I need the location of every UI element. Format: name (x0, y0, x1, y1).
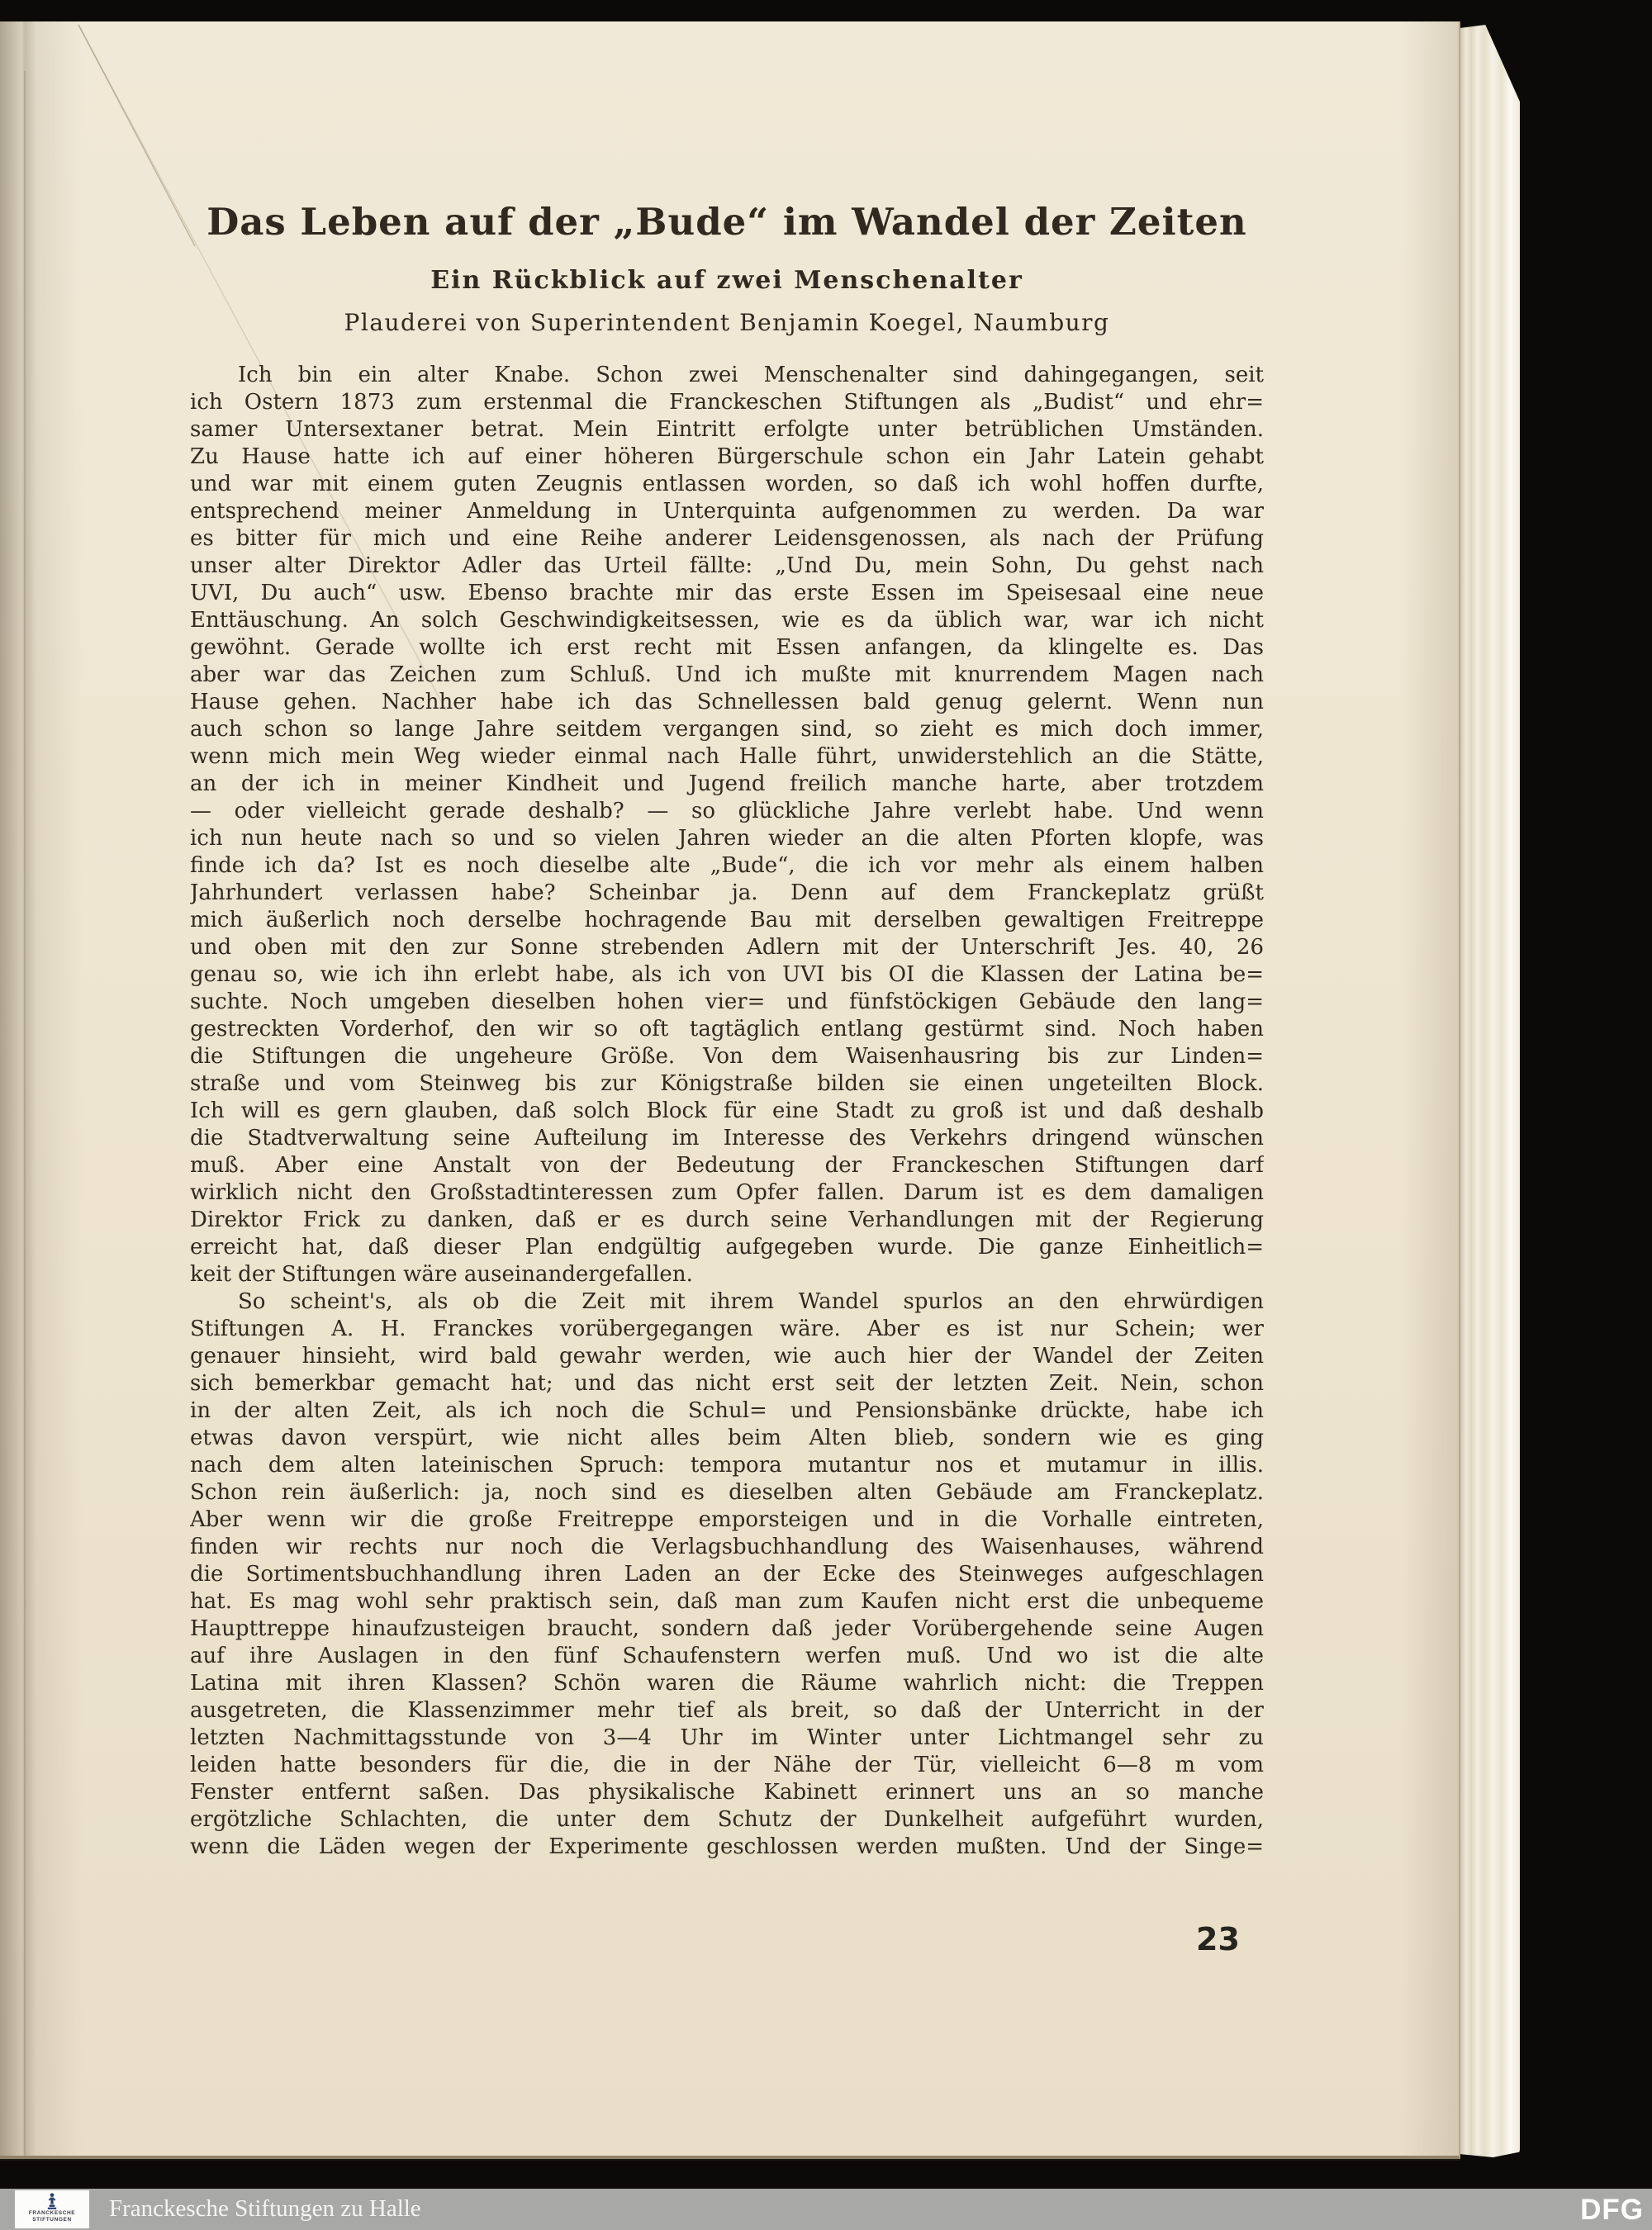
page-number: 23 (1196, 1921, 1262, 1957)
body-line: an der ich in meiner Kindheit und Jugend… (190, 771, 1264, 798)
body-line: Jahrhundert verlassen habe? Scheinbar ja… (190, 880, 1264, 907)
body-line: hat. Es mag wohl sehr praktisch sein, da… (190, 1588, 1264, 1616)
body-line: UVI, Du auch“ usw. Ebenso brachte mir da… (190, 580, 1264, 607)
body-line: leiden hatte besonders für die, die in d… (190, 1752, 1264, 1779)
body-line: und oben mit den zur Sonne strebenden Ad… (190, 934, 1264, 961)
body-line: ausgetreten, die Klassenzimmer mehr tief… (190, 1697, 1264, 1725)
body-line: wenn mich mein Weg wieder einmal nach Ha… (190, 743, 1264, 771)
article-byline: Plauderei von Superintendent Benjamin Ko… (190, 309, 1264, 336)
body-line: Ich bin ein alter Knabe. Schon zwei Mens… (190, 362, 1264, 389)
body-line: wenn die Läden wegen der Experimente ges… (190, 1834, 1264, 1861)
body-line: ich Ostern 1873 zum erstenmal die Franck… (190, 389, 1264, 416)
body-line: etwas davon verspürt, wie nicht alles be… (190, 1425, 1264, 1452)
body-line: Hause gehen. Nachher habe ich das Schnel… (190, 689, 1264, 716)
article-subtitle: Ein Rückblick auf zwei Menschenalter (190, 266, 1264, 295)
body-line: auf ihre Auslagen in den fünf Schaufenst… (190, 1643, 1264, 1670)
body-line: die Stiftungen die ungeheure Größe. Von … (190, 1043, 1264, 1070)
body-line: genau so, wie ich ihn erlebt habe, als i… (190, 961, 1264, 989)
body-line: ergötzliche Schlachten, die unter dem Sc… (190, 1806, 1264, 1834)
franckesche-stiftungen-logo: FRANCKESCHE STIFTUNGEN (15, 2190, 89, 2228)
book-scan: Das Leben auf der „Bude“ im Wandel der Z… (0, 0, 1652, 2230)
body-line: mich äußerlich noch derselbe hochragende… (190, 907, 1264, 934)
body-line: So scheint's, als ob die Zeit mit ihrem … (190, 1288, 1264, 1316)
body-line: unser alter Direktor Adler das Urteil fä… (190, 553, 1264, 580)
logo-caption-line2: STIFTUNGEN (29, 2217, 75, 2223)
dfg-logo: DFG (1580, 2189, 1644, 2230)
body-line: Ich will es gern glauben, daß solch Bloc… (190, 1098, 1264, 1125)
body-line: erreicht hat, daß dieser Plan endgültig … (190, 1234, 1264, 1261)
body-line: in der alten Zeit, als ich noch die Schu… (190, 1397, 1264, 1425)
body-line: ich nun heute nach so und so vielen Jahr… (190, 825, 1264, 852)
page-gutter-shadow (0, 21, 91, 2156)
body-line: die Sortimentsbuchhandlung ihren Laden a… (190, 1561, 1264, 1588)
body-line: samer Untersextaner betrat. Mein Eintrit… (190, 416, 1264, 444)
page-edges (1460, 25, 1520, 2157)
body-line: suchte. Noch umgeben dieselben hohen vie… (190, 989, 1264, 1016)
body-line: straße und vom Steinweg bis zur Königstr… (190, 1070, 1264, 1098)
body-line: nach dem alten lateinischen Spruch: temp… (190, 1452, 1264, 1479)
viewer-footer-bar: FRANCKESCHE STIFTUNGEN Franckesche Stift… (0, 2189, 1652, 2230)
body-line: Stiftungen A. H. Franckes vorübergegange… (190, 1316, 1264, 1343)
body-line: finden wir rechts nur noch die Verlagsbu… (190, 1534, 1264, 1561)
body-line: gestreckten Vorderhof, den wir so oft ta… (190, 1016, 1264, 1043)
body-line: die Stadtverwaltung seine Aufteilung im … (190, 1125, 1264, 1152)
book-page: Das Leben auf der „Bude“ im Wandel der Z… (0, 21, 1460, 2159)
body-line: muß. Aber eine Anstalt von der Bedeutung… (190, 1152, 1264, 1179)
logo-caption-line1: FRANCKESCHE (29, 2210, 75, 2217)
body-line: aber war das Zeichen zum Schluß. Und ich… (190, 662, 1264, 689)
body-line: und war mit einem guten Zeugnis entlasse… (190, 471, 1264, 498)
body-line: finde ich da? Ist es noch dieselbe alte … (190, 852, 1264, 880)
body-line: sich bemerkbar gemacht hat; und das nich… (190, 1370, 1264, 1397)
body-line: Fenster entfernt saßen. Das physikalisch… (190, 1779, 1264, 1806)
body-line: Schon rein äußerlich: ja, noch sind es d… (190, 1479, 1264, 1506)
body-line: Aber wenn wir die große Freitreppe empor… (190, 1506, 1264, 1534)
body-line: Latina mit ihren Klassen? Schön waren di… (190, 1670, 1264, 1697)
library-name-label: Franckesche Stiftungen zu Halle (109, 2189, 421, 2230)
body-line: genauer hinsieht, wird bald gewahr werde… (190, 1343, 1264, 1370)
article-body: Ich bin ein alter Knabe. Schon zwei Mens… (190, 362, 1264, 1861)
logo-caption: FRANCKESCHE STIFTUNGEN (29, 2210, 75, 2223)
body-line: Haupttreppe hinaufzusteigen braucht, son… (190, 1616, 1264, 1643)
body-line: Direktor Frick zu danken, daß er es durc… (190, 1207, 1264, 1234)
article-title: Das Leben auf der „Bude“ im Wandel der Z… (190, 200, 1264, 244)
body-line: letzten Nachmittagsstunde von 3—4 Uhr im… (190, 1725, 1264, 1752)
body-line: gewöhnt. Gerade wollte ich erst recht mi… (190, 634, 1264, 662)
body-line: auch schon so lange Jahre seitdem vergan… (190, 716, 1264, 743)
body-line: entsprechend meiner Anmeldung in Unterqu… (190, 498, 1264, 525)
body-line: — oder vielleicht gerade deshalb? — so g… (190, 798, 1264, 825)
body-line: Enttäuschung. An solch Geschwindigkeitse… (190, 607, 1264, 634)
body-line: wirklich nicht den Großstadtinteressen z… (190, 1179, 1264, 1207)
body-line: Zu Hause hatte ich auf einer höheren Bür… (190, 444, 1264, 471)
body-line: es bitter für mich und eine Reihe andere… (190, 525, 1264, 553)
francke-monument-icon (44, 2192, 60, 2210)
body-line: keit der Stiftungen wäre auseinandergefa… (190, 1261, 1264, 1288)
